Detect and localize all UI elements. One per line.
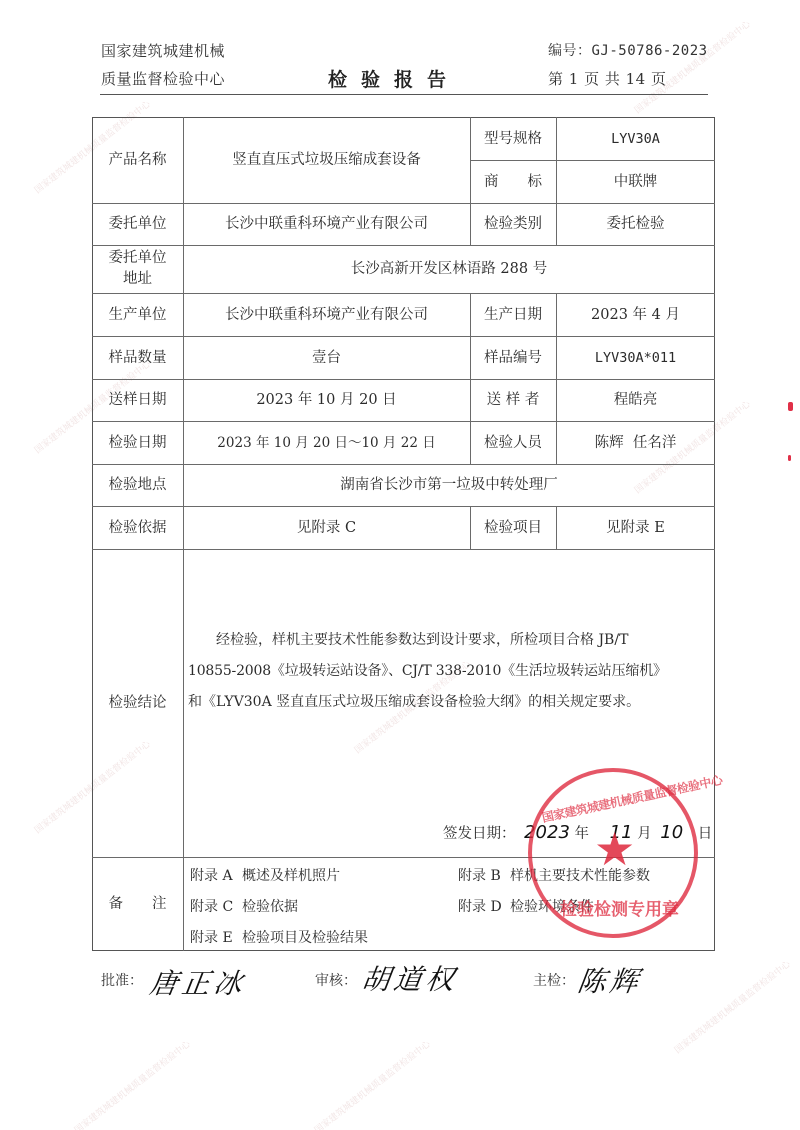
trademark-label: 商 标 (470, 160, 556, 203)
header-divider (100, 94, 708, 95)
conclusion-line-3: 和《LYV30A 竖直直压式垃圾压缩成套设备检验大纲》的相关规定要求。 (188, 687, 703, 718)
seal-bottom-text: 检验检测专用章 (560, 895, 679, 920)
items-value: 见附录 E (556, 506, 715, 549)
trademark-value: 中联牌 (556, 160, 715, 203)
report-number: 编号：GJ-50786-2023 (548, 40, 708, 60)
sample-qty-value: 壹台 (183, 336, 470, 379)
page-info: 第 1 页 共 14 页 (548, 68, 666, 89)
conclusion-label: 检验结论 (92, 549, 183, 857)
inspection-date-label: 检验日期 (92, 421, 183, 464)
basis-label: 检验依据 (92, 506, 183, 549)
sender-label: 送 样 者 (470, 379, 556, 421)
client-value: 长沙中联重科环境产业有限公司 (183, 203, 470, 245)
model-value: LYV30A (556, 117, 715, 160)
product-name-value: 竖直直压式垃圾压缩成套设备 (183, 117, 470, 203)
client-address-label-line1: 委托单位 (109, 248, 167, 269)
remark-appendix-a: 附录 A概述及样机照片 (190, 865, 340, 885)
approve-label: 批准： (101, 970, 143, 990)
inspection-type-label: 检验类别 (470, 203, 556, 245)
conclusion-text: 经检验，样机主要技术性能参数达到设计要求，所检项目合格 JB/T 10855-2… (188, 625, 703, 718)
delivery-date-value: 2023 年 10 月 20 日 (183, 379, 470, 421)
manufacturer-value: 长沙中联重科环境产业有限公司 (183, 293, 470, 336)
client-address-label: 委托单位 地址 (92, 245, 183, 293)
production-date-value: 2023 年 4 月 (556, 293, 715, 336)
client-address-value: 长沙高新开发区林语路 288 号 (183, 245, 715, 293)
report-title: 检验报告 (328, 65, 460, 92)
location-label: 检验地点 (92, 464, 183, 506)
sample-no-label: 样品编号 (470, 336, 556, 379)
watermark: 国家建筑城建机械质量监督检验中心 (671, 957, 792, 1056)
manufacturer-label: 生产单位 (92, 293, 183, 336)
inspection-type-value: 委托检验 (556, 203, 715, 245)
delivery-date-label: 送样日期 (92, 379, 183, 421)
production-date-label: 生产日期 (470, 293, 556, 336)
watermark: 国家建筑城建机械质量监督检验中心 (71, 1037, 192, 1130)
remarks-label: 备 注 (92, 857, 183, 951)
org-name-line1: 国家建筑城建机械 (101, 40, 225, 61)
conclusion-line-1: 经检验，样机主要技术性能参数达到设计要求，所检项目合格 JB/T (188, 625, 703, 656)
edge-seal-fragment (788, 455, 791, 461)
inspection-date-value: 2023 年 10 月 20 日～10 月 22 日 (183, 421, 470, 464)
issue-date-label: 签发日期： (443, 826, 516, 842)
client-address-label-line2: 地址 (123, 269, 152, 290)
remark-appendix-e: 附录 E检验项目及检验结果 (190, 927, 368, 947)
sample-qty-label: 样品数量 (92, 336, 183, 379)
seal-star-icon: ★ (594, 826, 635, 872)
inspectors-value: 陈辉 任名洋 (556, 421, 715, 464)
sample-no-value: LYV30A*011 (556, 336, 715, 379)
edge-seal-fragment (788, 402, 793, 411)
conclusion-line-2: 10855-2008《垃圾转运站设备》、CJ/T 338-2010《生活垃圾转运… (188, 656, 703, 687)
issue-day-unit: 日 (698, 826, 713, 842)
remark-appendix-c: 附录 C检验依据 (190, 896, 298, 916)
review-signature: 胡道权 (359, 958, 461, 998)
approve-signature: 唐正冰 (147, 962, 249, 1002)
basis-value: 见附录 C (183, 506, 470, 549)
watermark: 国家建筑城建机械质量监督检验中心 (311, 1037, 432, 1130)
location-value: 湖南省长沙市第一垃圾中转处理厂 (183, 464, 715, 506)
org-name-line2: 质量监督检验中心 (101, 68, 225, 89)
watermark: 国家建筑城建机械质量监督检验中心 (631, 17, 752, 116)
sender-value: 程皓亮 (556, 379, 715, 421)
product-name-label: 产品名称 (92, 117, 183, 203)
inspectors-label: 检验人员 (470, 421, 556, 464)
model-label: 型号规格 (470, 117, 556, 160)
chief-inspector-signature: 陈辉 (575, 960, 645, 1000)
review-label: 审核： (315, 970, 357, 990)
client-label: 委托单位 (92, 203, 183, 245)
chief-inspector-label: 主检： (533, 970, 575, 990)
row-divider (92, 549, 715, 550)
items-label: 检验项目 (470, 506, 556, 549)
